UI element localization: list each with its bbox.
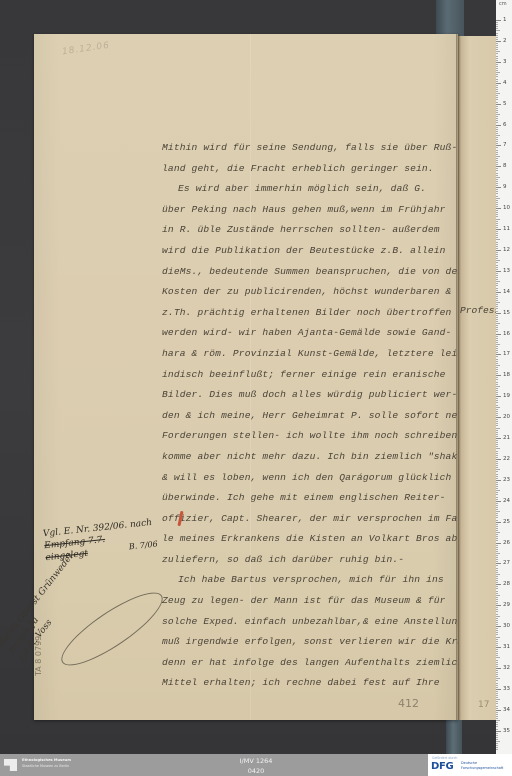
footer-bar: Ethnologisches Museum Staatliche Museen … (0, 754, 512, 776)
ruler-minor-tick (496, 162, 498, 163)
ruler-minor-tick (496, 160, 498, 161)
ruler-major-tick (496, 396, 501, 397)
ruler-minor-tick (496, 582, 498, 583)
ruler-minor-tick (496, 691, 498, 692)
ruler-minor-tick (496, 486, 498, 487)
ruler-minor-tick (496, 559, 498, 560)
ruler-minor-tick (496, 279, 498, 280)
ruler-minor-tick (496, 708, 498, 709)
typed-line: solche Exped. einfach unbezahlbar,& eine… (162, 612, 458, 633)
ruler-minor-tick (496, 147, 498, 148)
typed-line: wird die Publikation der Beutestücke z.B… (162, 241, 458, 262)
next-page-edge (458, 36, 496, 720)
ruler-minor-tick (496, 630, 498, 631)
ruler-label: 35 (503, 728, 510, 734)
ruler-minor-tick (496, 26, 498, 27)
ruler-minor-tick (496, 440, 498, 441)
ruler-label: 26 (503, 540, 510, 546)
ruler-label: 10 (503, 205, 510, 211)
ruler-minor-tick (496, 430, 498, 431)
ruler-minor-tick (496, 574, 500, 575)
ruler-minor-tick (496, 114, 500, 115)
folio-number: 412 (398, 697, 419, 710)
ruler-minor-tick (496, 421, 498, 422)
ruler-minor-tick (496, 685, 498, 686)
ruler-minor-tick (496, 603, 498, 604)
ruler-minor-tick (496, 741, 500, 742)
ruler-minor-tick (496, 379, 498, 380)
ruler-minor-tick (496, 641, 498, 642)
ruler-minor-tick (496, 467, 498, 468)
ruler-minor-tick (496, 179, 498, 180)
ruler-minor-tick (496, 720, 500, 721)
ruler-minor-tick (496, 262, 498, 263)
ruler-minor-tick (496, 189, 498, 190)
ruler-minor-tick (496, 285, 498, 286)
ruler-minor-tick (496, 237, 498, 238)
ruler-minor-tick (496, 350, 498, 351)
ruler-minor-tick (496, 540, 498, 541)
margin-note-next-page: Profess (460, 305, 500, 316)
ruler-minor-tick (496, 517, 498, 518)
ruler-minor-tick (496, 323, 500, 324)
ruler-major-tick (496, 668, 501, 669)
ruler-minor-tick (496, 369, 498, 370)
typed-line: land geht, die Fracht erheblich geringer… (162, 159, 458, 180)
ruler-minor-tick (496, 695, 498, 696)
ruler-label: 13 (503, 268, 510, 274)
dfg-logo-icon: DFG (431, 761, 453, 772)
folio-number-next-page: 17 (478, 700, 489, 710)
ruler-minor-tick (496, 127, 498, 128)
ruler-minor-tick (496, 386, 500, 387)
ruler-minor-tick (496, 267, 498, 268)
ruler-minor-tick (496, 503, 498, 504)
ruler-minor-tick (496, 611, 498, 612)
ruler-label: 20 (503, 414, 510, 420)
ruler-minor-tick (496, 474, 498, 475)
ruler-minor-tick (496, 22, 498, 23)
ruler-label: 30 (503, 623, 510, 629)
binding-spine-bottom (446, 720, 462, 754)
ruler-minor-tick (496, 530, 498, 531)
ruler-minor-tick (496, 461, 498, 462)
ruler-minor-tick (496, 367, 498, 368)
ruler-minor-tick (496, 469, 500, 470)
ruler-minor-tick (496, 703, 498, 704)
typed-line: Forderungen stellen- ich wollte ihm noch… (162, 426, 458, 447)
ruler-minor-tick (496, 599, 498, 600)
typed-line: Bilder. Dies muß doch alles würdig publi… (162, 385, 458, 406)
ruler-minor-tick (496, 724, 498, 725)
ruler-label: 32 (503, 665, 510, 671)
ruler-minor-tick (496, 499, 498, 500)
ruler-minor-tick (496, 39, 498, 40)
ruler-minor-tick (496, 202, 498, 203)
ruler-minor-tick (496, 591, 498, 592)
ruler-minor-tick (496, 373, 498, 374)
ruler-major-tick (496, 689, 501, 690)
ruler-minor-tick (496, 129, 498, 130)
ruler-minor-tick (496, 275, 498, 276)
ruler-minor-tick (496, 47, 498, 48)
ruler-minor-tick (496, 294, 498, 295)
ruler-minor-tick (496, 651, 498, 652)
ruler-label: 22 (503, 456, 510, 462)
ruler-label: 5 (503, 101, 507, 107)
ruler-minor-tick (496, 561, 498, 562)
ruler-minor-tick (496, 91, 498, 92)
ruler-minor-tick (496, 66, 498, 67)
ruler-minor-tick (496, 363, 498, 364)
ruler-minor-tick (496, 210, 498, 211)
ruler-minor-tick (496, 191, 498, 192)
ruler-minor-tick (496, 221, 498, 222)
typed-line: überwinde. Ich gehe mit einem englischen… (162, 488, 458, 509)
ruler-major-tick (496, 584, 501, 585)
ruler-minor-tick (496, 545, 498, 546)
ruler-major-tick (496, 166, 501, 167)
ruler-minor-tick (496, 382, 498, 383)
ruler-label: 23 (503, 477, 510, 483)
ruler-minor-tick (496, 265, 498, 266)
ruler-minor-tick (496, 425, 498, 426)
ruler-minor-tick (496, 729, 498, 730)
ruler-label: 34 (503, 707, 510, 713)
ruler-minor-tick (496, 281, 500, 282)
ruler-minor-tick (496, 743, 498, 744)
ruler-minor-tick (496, 442, 498, 443)
ruler-major-tick (496, 41, 501, 42)
ruler-minor-tick (496, 670, 498, 671)
ruler-major-tick (496, 543, 501, 544)
ruler-label: 4 (503, 80, 507, 86)
ruler-major-tick (496, 522, 501, 523)
ruler-minor-tick (496, 649, 498, 650)
ruler-minor-tick (496, 97, 498, 98)
ruler-minor-tick (496, 555, 498, 556)
typed-line: in R. üble Zustände herrschen sollten- a… (162, 220, 458, 241)
ruler-minor-tick (496, 645, 498, 646)
ruler-minor-tick (496, 476, 498, 477)
typed-line: z.Th. prächtig erhaltenen Bilder noch üb… (162, 303, 458, 324)
ruler-minor-tick (496, 327, 498, 328)
ruler-minor-tick (496, 528, 498, 529)
ruler-minor-tick (496, 392, 498, 393)
ruler-minor-tick (496, 576, 498, 577)
ruler-minor-tick (496, 643, 498, 644)
ruler-major-tick (496, 292, 501, 293)
ruler-minor-tick (496, 85, 498, 86)
ruler-minor-tick (496, 436, 498, 437)
ruler-minor-tick (496, 384, 498, 385)
ruler-minor-tick (496, 520, 498, 521)
ruler-minor-tick (496, 122, 498, 123)
ruler-minor-tick (496, 595, 500, 596)
ruler-minor-tick (496, 674, 498, 675)
ruler-minor-tick (496, 164, 498, 165)
ruler-minor-tick (496, 135, 500, 136)
ruler-minor-tick (496, 722, 498, 723)
ruler-minor-tick (496, 745, 498, 746)
ruler-label: 28 (503, 581, 510, 587)
ruler-label: 3 (503, 59, 507, 65)
ruler-minor-tick (496, 701, 498, 702)
ruler-minor-tick (496, 95, 498, 96)
ruler-minor-tick (496, 536, 498, 537)
ruler-minor-tick (496, 244, 498, 245)
funder-name-line2: Forschungsgemeinschaft (461, 766, 503, 770)
ruler-major-tick (496, 208, 501, 209)
ruler-minor-tick (496, 28, 498, 29)
ruler-minor-tick (496, 524, 498, 525)
ruler-minor-tick (496, 712, 498, 713)
ruler-minor-tick (496, 718, 498, 719)
ruler-minor-tick (496, 601, 498, 602)
ruler-major-tick (496, 375, 501, 376)
ruler-minor-tick (496, 131, 498, 132)
ruler-minor-tick (496, 120, 498, 121)
ruler-minor-tick (496, 89, 498, 90)
ruler-minor-tick (496, 593, 498, 594)
ruler-minor-tick (496, 434, 498, 435)
ruler-minor-tick (496, 183, 498, 184)
ruler-label: 2 (503, 38, 507, 44)
ruler-minor-tick (496, 102, 498, 103)
cm-ruler: cm 1234567891011121314151617181920212223… (496, 0, 512, 754)
ruler-minor-tick (496, 340, 498, 341)
ruler-minor-tick (496, 139, 498, 140)
typed-line: über Peking nach Haus gehen muß,wenn im … (162, 200, 458, 221)
ruler-minor-tick (496, 300, 498, 301)
ruler-minor-tick (496, 553, 500, 554)
ruler-minor-tick (496, 388, 498, 389)
ruler-minor-tick (496, 269, 498, 270)
ruler-minor-tick (496, 338, 498, 339)
ruler-minor-tick (496, 306, 498, 307)
ruler-minor-tick (496, 624, 498, 625)
ruler-minor-tick (496, 446, 498, 447)
archive-pencil-mark: TA 8 0799 (34, 636, 44, 676)
ruler-minor-tick (496, 346, 498, 347)
ruler-minor-tick (496, 482, 498, 483)
ruler-minor-tick (496, 411, 498, 412)
ruler-minor-tick (496, 51, 500, 52)
ruler-minor-tick (496, 622, 498, 623)
ruler-label: 24 (503, 498, 510, 504)
ruler-minor-tick (496, 336, 498, 337)
ruler-minor-tick (496, 72, 500, 73)
ruler-minor-tick (496, 597, 498, 598)
ruler-major-tick (496, 334, 501, 335)
ruler-minor-tick (496, 64, 498, 65)
typed-line: zuliefern, so daß ich darüber ruhig bin.… (162, 550, 458, 571)
typed-line: offizier, Capt. Shearer, der mir verspro… (162, 509, 458, 530)
ruler-minor-tick (496, 394, 498, 395)
typewritten-body: Mithin wird für seine Sendung, falls sie… (162, 138, 462, 694)
ruler-minor-tick (496, 739, 498, 740)
ruler-label: 16 (503, 331, 510, 337)
ruler-minor-tick (496, 317, 498, 318)
ruler-minor-tick (496, 273, 498, 274)
ruler-label: 31 (503, 644, 510, 650)
typed-line: Zeug zu legen- der Mann ist für das Muse… (162, 591, 458, 612)
ruler-minor-tick (496, 497, 498, 498)
ruler-major-tick (496, 250, 501, 251)
ruler-minor-tick (496, 108, 498, 109)
typed-line: Ich habe Bartus versprochen, mich für ih… (162, 570, 458, 591)
ruler-label: 18 (503, 372, 510, 378)
typed-line: denn er hat infolge des langen Aufenthal… (162, 653, 458, 674)
ruler-minor-tick (496, 444, 498, 445)
ruler-minor-tick (496, 70, 498, 71)
ruler-label: 14 (503, 289, 510, 295)
ruler-minor-tick (496, 557, 498, 558)
ruler-major-tick (496, 354, 501, 355)
ruler-minor-tick (496, 505, 498, 506)
ruler-major-tick (496, 501, 501, 502)
ruler-minor-tick (496, 283, 498, 284)
ruler-minor-tick (496, 214, 498, 215)
ruler-minor-tick (496, 200, 498, 201)
ruler-minor-tick (496, 302, 500, 303)
ruler-minor-tick (496, 116, 498, 117)
ruler-minor-tick (496, 492, 498, 493)
ruler-minor-tick (496, 233, 498, 234)
ruler-label: 8 (503, 163, 507, 169)
ruler-minor-tick (496, 683, 498, 684)
ruler-minor-tick (496, 35, 498, 36)
ruler-label: 27 (503, 560, 510, 566)
ruler-minor-tick (496, 586, 498, 587)
ruler-minor-tick (496, 680, 498, 681)
typed-line: Kosten der zu publicirenden, höchst wund… (162, 282, 458, 303)
ruler-minor-tick (496, 106, 498, 107)
ruler-minor-tick (496, 254, 498, 255)
ruler-minor-tick (496, 185, 498, 186)
ruler-label: 17 (503, 351, 510, 357)
ruler-minor-tick (496, 118, 498, 119)
ruler-minor-tick (496, 488, 498, 489)
ruler-minor-tick (496, 319, 498, 320)
ruler-minor-tick (496, 239, 500, 240)
ruler-minor-tick (496, 277, 498, 278)
ruler-minor-tick (496, 173, 498, 174)
ruler-minor-tick (496, 315, 498, 316)
ruler-minor-tick (496, 607, 498, 608)
ruler-label: 11 (503, 226, 510, 232)
ruler-minor-tick (496, 451, 498, 452)
ruler-minor-tick (496, 676, 498, 677)
ruler-minor-tick (496, 662, 498, 663)
ruler-minor-tick (496, 223, 498, 224)
ruler-minor-tick (496, 296, 498, 297)
ruler-minor-tick (496, 405, 498, 406)
ruler-major-tick (496, 710, 501, 711)
ruler-minor-tick (496, 733, 498, 734)
ruler-minor-tick (496, 325, 498, 326)
ruler-minor-tick (496, 235, 498, 236)
ruler-minor-tick (496, 706, 498, 707)
ruler-minor-tick (496, 678, 500, 679)
ruler-minor-tick (496, 154, 498, 155)
ruler-minor-tick (496, 653, 498, 654)
ruler-minor-tick (496, 509, 498, 510)
funder-badge: Gefördert durch DFG Deutsche Forschungsg… (428, 754, 512, 776)
ruler-unit-label: cm (499, 1, 507, 7)
ruler-minor-tick (496, 400, 498, 401)
ruler-minor-tick (496, 356, 498, 357)
typed-line: Mittel erhalten; ich rechne dabei fest a… (162, 673, 458, 694)
typed-line: indisch beeinflußt; ferner einige rein e… (162, 365, 458, 386)
ruler-minor-tick (496, 407, 500, 408)
ruler-major-tick (496, 647, 501, 648)
ruler-minor-tick (496, 225, 498, 226)
ruler-minor-tick (496, 588, 498, 589)
ruler-minor-tick (496, 478, 498, 479)
ruler-minor-tick (496, 735, 498, 736)
ruler-minor-tick (496, 45, 498, 46)
ruler-minor-tick (496, 664, 498, 665)
ruler-label: 7 (503, 142, 507, 148)
ruler-minor-tick (496, 60, 498, 61)
ruler-minor-tick (496, 614, 498, 615)
ruler-minor-tick (496, 618, 498, 619)
ruler-minor-tick (496, 298, 498, 299)
ruler-major-tick (496, 417, 501, 418)
ruler-minor-tick (496, 158, 498, 159)
ruler-minor-tick (496, 655, 498, 656)
ruler-major-tick (496, 229, 501, 230)
ruler-minor-tick (496, 672, 498, 673)
ruler-minor-tick (496, 507, 498, 508)
ruler-major-tick (496, 145, 501, 146)
ruler-minor-tick (496, 413, 498, 414)
ruler-major-tick (496, 480, 501, 481)
ruler-minor-tick (496, 570, 498, 571)
typed-line: hara & röm. Provinzial Kunst-Gemälde, le… (162, 344, 458, 365)
ruler-minor-tick (496, 348, 498, 349)
ruler-minor-tick (496, 637, 500, 638)
ruler-minor-tick (496, 30, 500, 31)
ruler-minor-tick (496, 515, 498, 516)
ruler-minor-tick (496, 551, 498, 552)
ruler-minor-tick (496, 409, 498, 410)
ruler-minor-tick (496, 580, 498, 581)
ruler-label: 1 (503, 17, 507, 23)
ruler-minor-tick (496, 246, 498, 247)
ruler-minor-tick (496, 58, 498, 59)
ruler-minor-tick (496, 252, 498, 253)
ruler-minor-tick (496, 484, 498, 485)
ruler-minor-tick (496, 455, 498, 456)
ruler-label: 12 (503, 247, 510, 253)
ruler-minor-tick (496, 511, 500, 512)
ruler-minor-tick (496, 428, 500, 429)
ruler-minor-tick (496, 170, 498, 171)
ruler-major-tick (496, 125, 501, 126)
ruler-major-tick (496, 83, 501, 84)
ruler-minor-tick (496, 359, 498, 360)
ruler-minor-tick (496, 342, 498, 343)
ruler-minor-tick (496, 526, 498, 527)
ruler-major-tick (496, 459, 501, 460)
ruler-minor-tick (496, 177, 500, 178)
ruler-label: 33 (503, 686, 510, 692)
ruler-minor-tick (496, 329, 498, 330)
typed-line: Es wird aber immerhin möglich sein, daß … (162, 179, 458, 200)
ruler-minor-tick (496, 549, 498, 550)
